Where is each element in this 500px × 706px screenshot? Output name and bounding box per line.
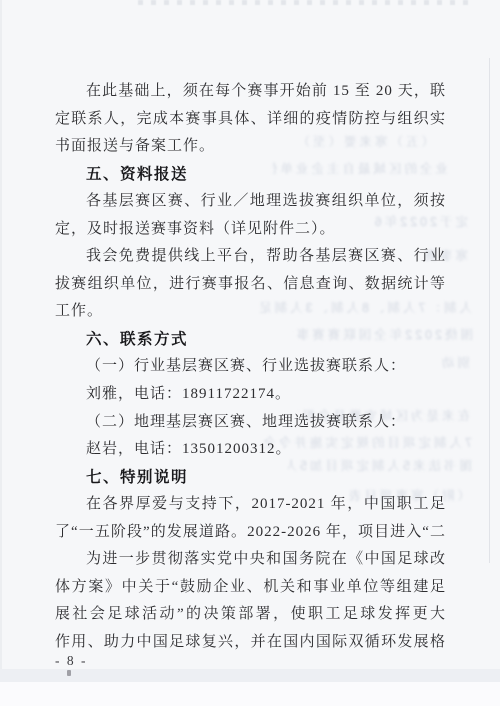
text-line: 了“一五阶段”的发展道路。2022-2026 年，项目进入“二五阶段”。 [55,519,446,547]
section-heading: 五、资料报送 [55,161,446,189]
text-line: 作用、助力中国足球复兴，并在国内国际双循环发展格局下，使 [55,629,446,657]
section-heading: 七、特别说明 [55,464,446,492]
scanned-page: （五）寒来要（至） 业全的区域最自主企业单位 定于2022年6月开始 寒事赛 人… [0,0,500,706]
text-line: （二）地理基层赛区赛、地理选拔赛联系人： [55,409,446,437]
scan-speck [67,670,71,676]
document-body: 在此基础上，须在每个赛事开始前 15 至 20 天，联系我会指 定联系人，完成本… [55,78,446,656]
scan-noise-strip [138,0,468,5]
text-line: 定联系人，完成本赛事具体、详细的疫情防控与组织实施方案的 [55,106,446,134]
text-line: 各基层赛区赛、行业／地理选拔赛组织单位，须按照我会规 [55,188,446,216]
text-line: 工作。 [55,298,446,326]
text-line: 拔赛组织单位，进行赛事报名、信息查询、数据统计等赛事管理 [55,271,446,299]
text-line: 展社会足球活动”的决策部署，使职工足球发挥更大的“蓄水池” [55,601,446,629]
text-line: 赵岩，电话：13501200312。 [55,436,446,464]
text-line: （一）行业基层赛区赛、行业选拔赛联系人： [55,353,446,381]
text-line: 书面报送与备案工作。 [55,133,446,161]
section-heading: 六、联系方式 [55,326,446,354]
scan-edge-band [0,669,500,682]
text-line: 刘雅，电话：18911722174。 [55,381,446,409]
page-number: - 8 - [55,653,88,669]
text-line: 在此基础上，须在每个赛事开始前 15 至 20 天，联系我会指 [55,78,446,106]
text-line: 我会免费提供线上平台，帮助各基层赛区赛、行业／地理选 [55,243,446,271]
page-edge-line [0,0,2,706]
text-line: 体方案》中关于“鼓励企业、机关和事业单位等组建足球队，开 [55,574,446,602]
text-line: 在各界厚爱与支持下，2017-2021 年，中国职工足球联赛走完 [55,491,446,519]
page-edge-line [489,58,490,563]
scan-edge-band [0,682,500,706]
text-line: 为进一步贯彻落实党中央和国务院在《中国足球改革发展总 [55,546,446,574]
text-line: 定，及时报送赛事资料（详见附件二）。 [55,216,446,244]
